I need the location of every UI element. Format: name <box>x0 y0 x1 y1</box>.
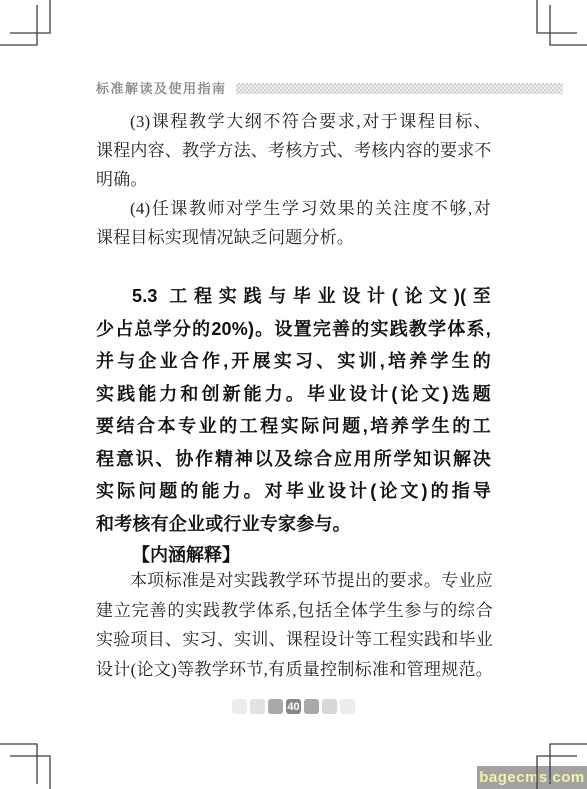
document-page: 标准解读及使用指南 (3)课程教学大纲不符合要求,对于课程目标、 课程内容、教学… <box>0 0 587 789</box>
paragraph-line: 明确。 <box>96 165 491 194</box>
section-line: 实践能力和创新能力。毕业设计(论文)选题 <box>96 378 491 411</box>
crop-mark-top-right-icon <box>532 0 587 50</box>
section-5-3: 5.3 工程实践与毕业设计(论文)(至 少占总学分的20%)。设置完善的实践教学… <box>96 280 491 540</box>
section-line: 实际问题的能力。对毕业设计(论文)的指导 <box>96 475 491 508</box>
paragraph-line: (4)任课教师对学生学习效果的关注度不够,对 <box>96 194 491 223</box>
section-line: 少占总学分的20%)。设置完善的实践教学体系, <box>96 313 491 346</box>
crop-mark-bottom-left-icon <box>0 739 55 789</box>
paragraph-line: 课程目标实现情况缺乏问题分析。 <box>96 223 491 252</box>
definition-line: 建立完善的实践教学体系,包括全体学生参与的综合 <box>96 596 493 626</box>
pager-square <box>232 699 247 714</box>
crop-mark-top-left-icon <box>0 0 55 50</box>
pagination-strip: 40 <box>0 699 587 714</box>
definition-line: 本项标准是对实践教学环节提出的要求。专业应 <box>96 566 493 596</box>
pager-square <box>304 699 319 714</box>
running-header: 标准解读及使用指南 <box>96 78 563 97</box>
pager-square <box>268 699 283 714</box>
definition-line: 设计(论文)等教学环节,有质量控制标准和管理规范。 <box>96 655 493 685</box>
pager-square <box>322 699 337 714</box>
page-number-badge: 40 <box>286 699 301 714</box>
section-line: 并与企业合作,开展实习、实训,培养学生的 <box>96 345 491 378</box>
definition-line: 实验项目、实习、实训、课程设计等工程实践和毕业 <box>96 625 493 655</box>
paragraph-items: (3)课程教学大纲不符合要求,对于课程目标、 课程内容、教学方法、考核方式、考核… <box>96 107 491 252</box>
header-checkered-rule <box>236 83 563 94</box>
pager-square <box>340 699 355 714</box>
section-line: 要结合本专业的工程实际问题,培养学生的工 <box>96 410 491 443</box>
section-line: 程意识、协作精神以及综合应用所学知识解决 <box>96 443 491 476</box>
section-line: 和考核有企业或行业专家参与。 <box>96 508 491 541</box>
paragraph-line: (3)课程教学大纲不符合要求,对于课程目标、 <box>96 107 491 136</box>
pager-square <box>250 699 265 714</box>
crop-mark-bottom-right-icon <box>532 739 587 789</box>
section-line: 5.3 工程实践与毕业设计(论文)(至 <box>96 280 491 313</box>
definition-body: 本项标准是对实践教学环节提出的要求。专业应 建立完善的实践教学体系,包括全体学生… <box>96 566 493 684</box>
running-header-title: 标准解读及使用指南 <box>96 78 227 97</box>
paragraph-line: 课程内容、教学方法、考核方式、考核内容的要求不 <box>96 136 491 165</box>
